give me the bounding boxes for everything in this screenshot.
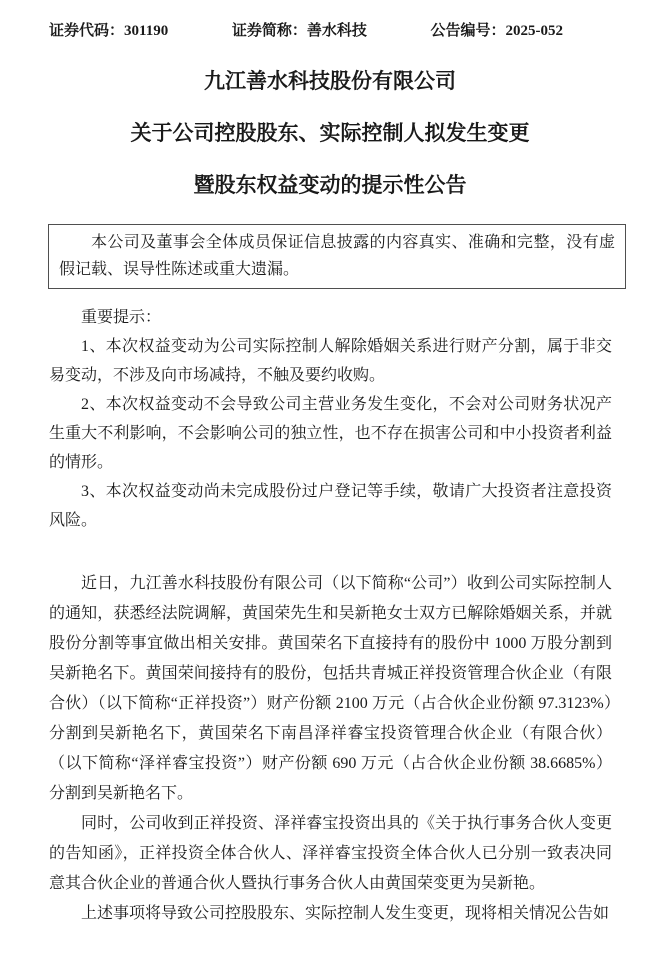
stock-name: 证券简称：善水科技 [232,20,367,42]
disclaimer-box: 本公司及董事会全体成员保证信息披露的内容真实、准确和完整，没有虚假记载、误导性陈… [48,224,626,289]
title-company-name: 九江善水科技股份有限公司 [0,68,660,94]
notice-item-2: 2、本次权益变动不会导致公司主营业务发生变化，不会对公司财务状况产生重大不利影响… [49,390,612,477]
stock-code-value: 301190 [124,23,168,39]
title-subject-line-1: 关于公司控股股东、实际控制人拟发生变更 [0,120,660,146]
disclaimer-text: 本公司及董事会全体成员保证信息披露的内容真实、准确和完整，没有虚假记载、误导性陈… [59,229,615,283]
body-paragraph-1: 近日，九江善水科技股份有限公司（以下简称“公司”）收到公司实际控制人的通知，获悉… [49,569,612,809]
title-subject-line-2: 暨股东权益变动的提示性公告 [0,172,660,198]
announcement-page: 证券代码：301190 证券简称：善水科技 公告编号：2025-052 九江善水… [0,0,660,968]
notice-item-3: 3、本次权益变动尚未完成股份过户登记等手续，敬请广大投资者注意投资风险。 [49,477,612,535]
announcement-number-value: 2025-052 [506,23,564,39]
notice-item-1: 1、本次权益变动为公司实际控制人解除婚姻关系进行财产分割，属于非交易变动，不涉及… [49,332,612,390]
announcement-number: 公告编号：2025-052 [430,20,563,42]
announcement-number-label: 公告编号： [430,23,505,39]
body-paragraph-3: 上述事项将导致公司控股股东、实际控制人发生变更，现将相关情况公告如 [49,899,612,929]
stock-name-label: 证券简称： [232,23,307,39]
securities-header: 证券代码：301190 证券简称：善水科技 公告编号：2025-052 [0,0,660,42]
stock-code-label: 证券代码： [49,23,124,39]
body-paragraph-2: 同时，公司收到正祥投资、泽祥睿宝投资出具的《关于执行事务合伙人变更的告知函》，正… [49,809,612,899]
stock-name-value: 善水科技 [307,23,367,39]
document-body: 本公司及董事会全体成员保证信息披露的内容真实、准确和完整，没有虚假记载、误导性陈… [0,224,660,929]
page-title: 九江善水科技股份有限公司 关于公司控股股东、实际控制人拟发生变更 暨股东权益变动… [0,68,660,198]
important-notice-heading: 重要提示： [49,303,612,332]
stock-code: 证券代码：301190 [49,20,168,42]
